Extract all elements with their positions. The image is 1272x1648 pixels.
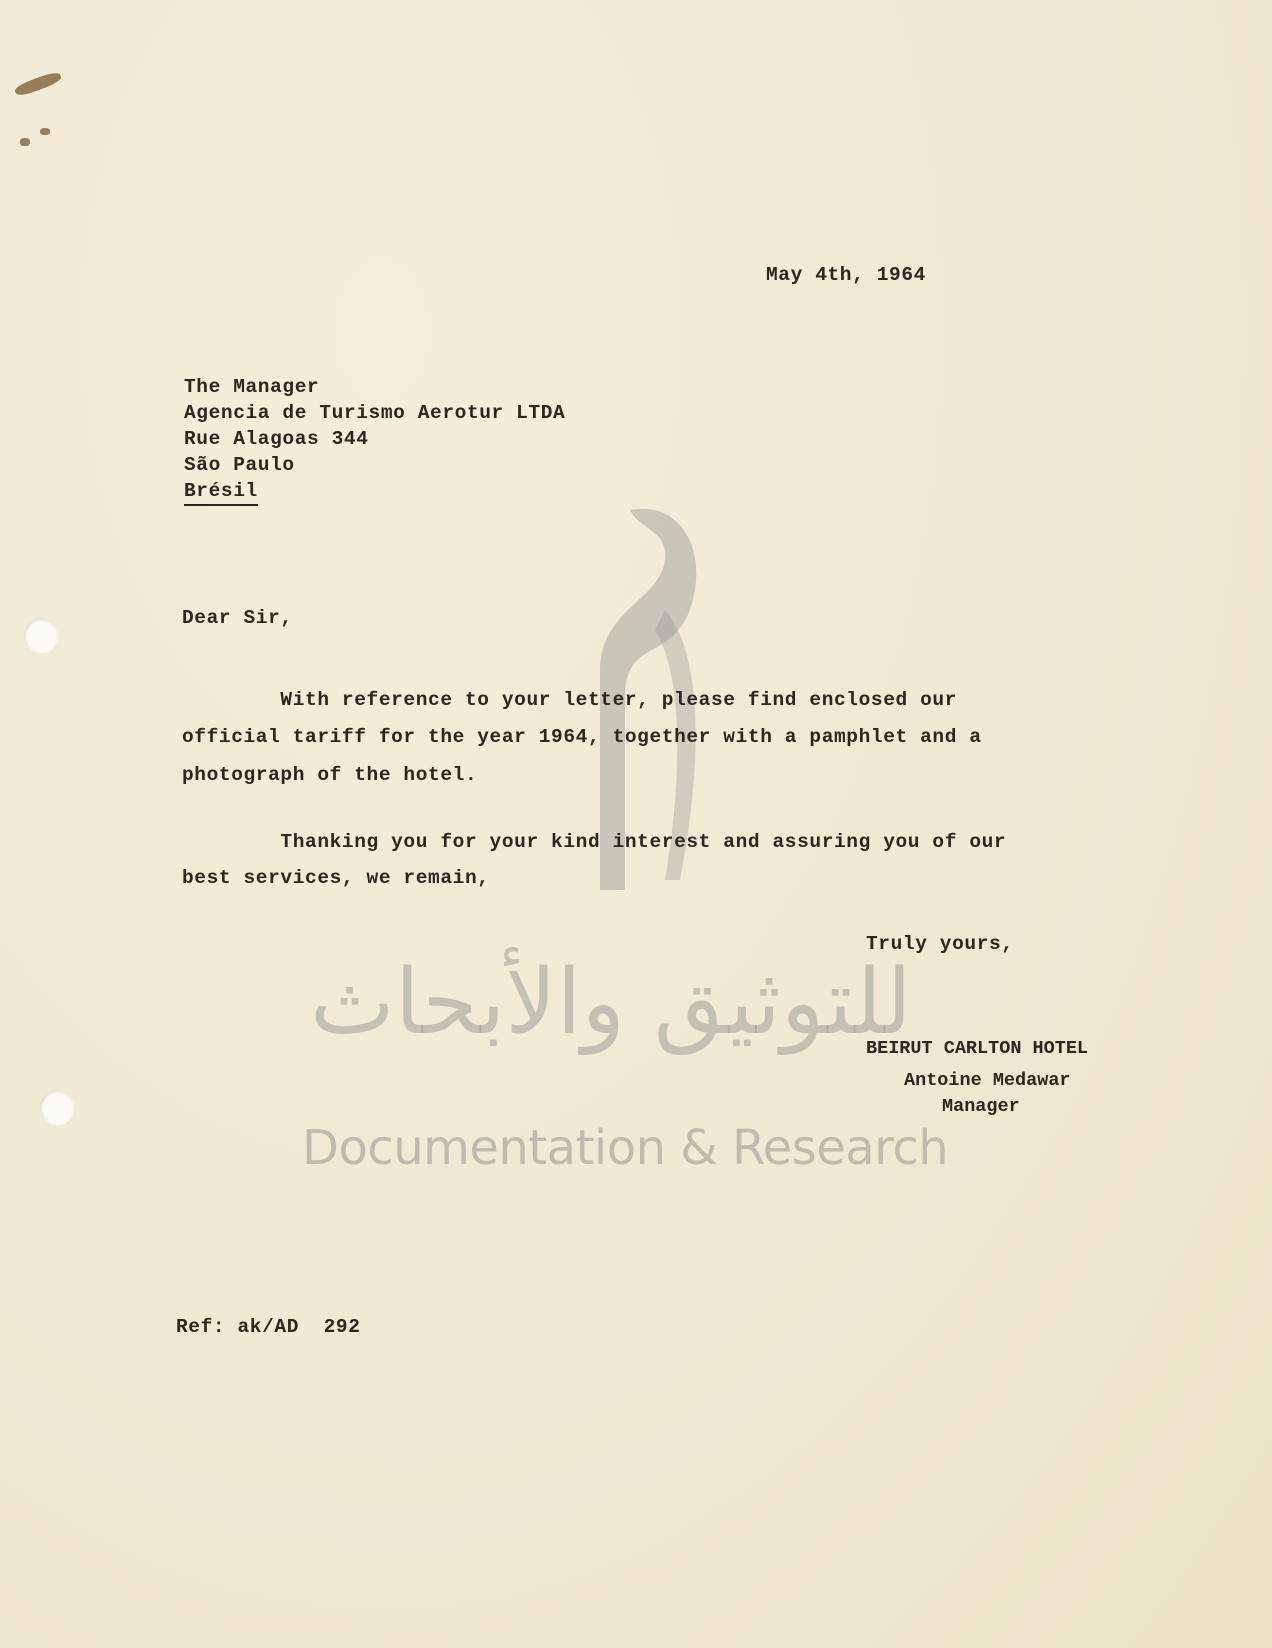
- rust-stain: [13, 70, 62, 98]
- punch-hole-top: [24, 618, 58, 654]
- recipient-line-1: The Manager: [184, 374, 319, 400]
- letter-page: للتوثيق والأبحاث Documentation & Researc…: [0, 0, 1272, 1648]
- paragraph-1-line-1: With reference to your letter, please fi…: [182, 689, 957, 711]
- paragraph-2-line-1: Thanking you for your kind interest and …: [182, 831, 1006, 853]
- signature-organization: BEIRUT CARLTON HOTEL: [866, 1038, 1088, 1059]
- punch-hole-bottom: [40, 1090, 74, 1126]
- recipient-country: Brésil: [184, 478, 258, 506]
- signature-name: Antoine Medawar: [904, 1070, 1071, 1091]
- closing: Truly yours,: [866, 933, 1014, 955]
- recipient-line-4: São Paulo: [184, 452, 295, 478]
- recipient-line-2: Agencia de Turismo Aerotur LTDA: [184, 400, 565, 426]
- signature-title: Manager: [942, 1096, 1020, 1117]
- watermark-arabic: للتوثيق والأبحاث: [310, 950, 912, 1055]
- reference: Ref: ak/AD 292: [176, 1316, 361, 1338]
- paragraph-1-line-3: photograph of the hotel.: [182, 764, 477, 786]
- salutation: Dear Sir,: [182, 607, 293, 629]
- paragraph-2-line-2: best services, we remain,: [182, 867, 490, 889]
- letter-date: May 4th, 1964: [766, 264, 926, 286]
- watermark-english: Documentation & Research: [302, 1120, 948, 1176]
- rust-stain: [20, 138, 30, 146]
- rust-stain: [40, 128, 50, 135]
- recipient-line-3: Rue Alagoas 344: [184, 426, 369, 452]
- paragraph-1-line-2: official tariff for the year 1964, toget…: [182, 726, 982, 748]
